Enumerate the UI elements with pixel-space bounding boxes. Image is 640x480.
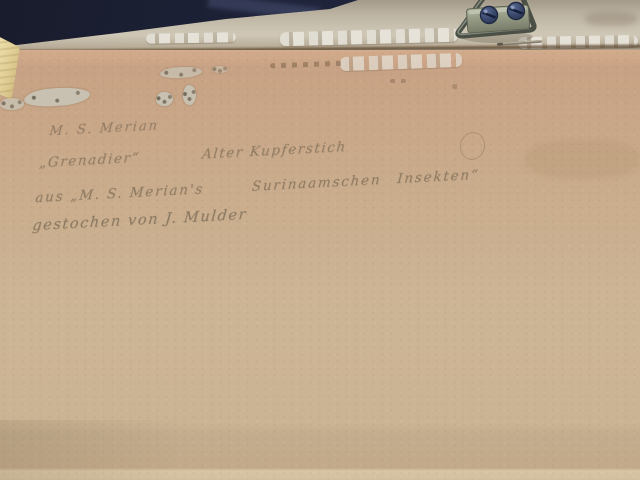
- bracket-screw-right: [507, 2, 524, 19]
- chip-mark-a: [156, 92, 173, 106]
- cardboard-texture: [0, 50, 640, 480]
- bottom-left-shadow: [0, 420, 640, 480]
- hanging-bracket: [445, 0, 545, 52]
- chip-mark-b: [183, 85, 196, 105]
- bracket-screw-left: [480, 6, 497, 23]
- smudge-top-right: [585, 12, 637, 26]
- stain-right: [525, 140, 640, 178]
- photo-back-of-framed-picture: M. S. Merian „Grenadier“Alter Kupferstic…: [0, 0, 640, 480]
- paint-chip-row-left: [146, 32, 236, 44]
- speck-b: [452, 84, 462, 89]
- chip-edge-bits: [0, 98, 24, 110]
- chip-dots: [212, 66, 228, 73]
- speck-a: [390, 79, 406, 83]
- cardboard-backing: [0, 50, 640, 480]
